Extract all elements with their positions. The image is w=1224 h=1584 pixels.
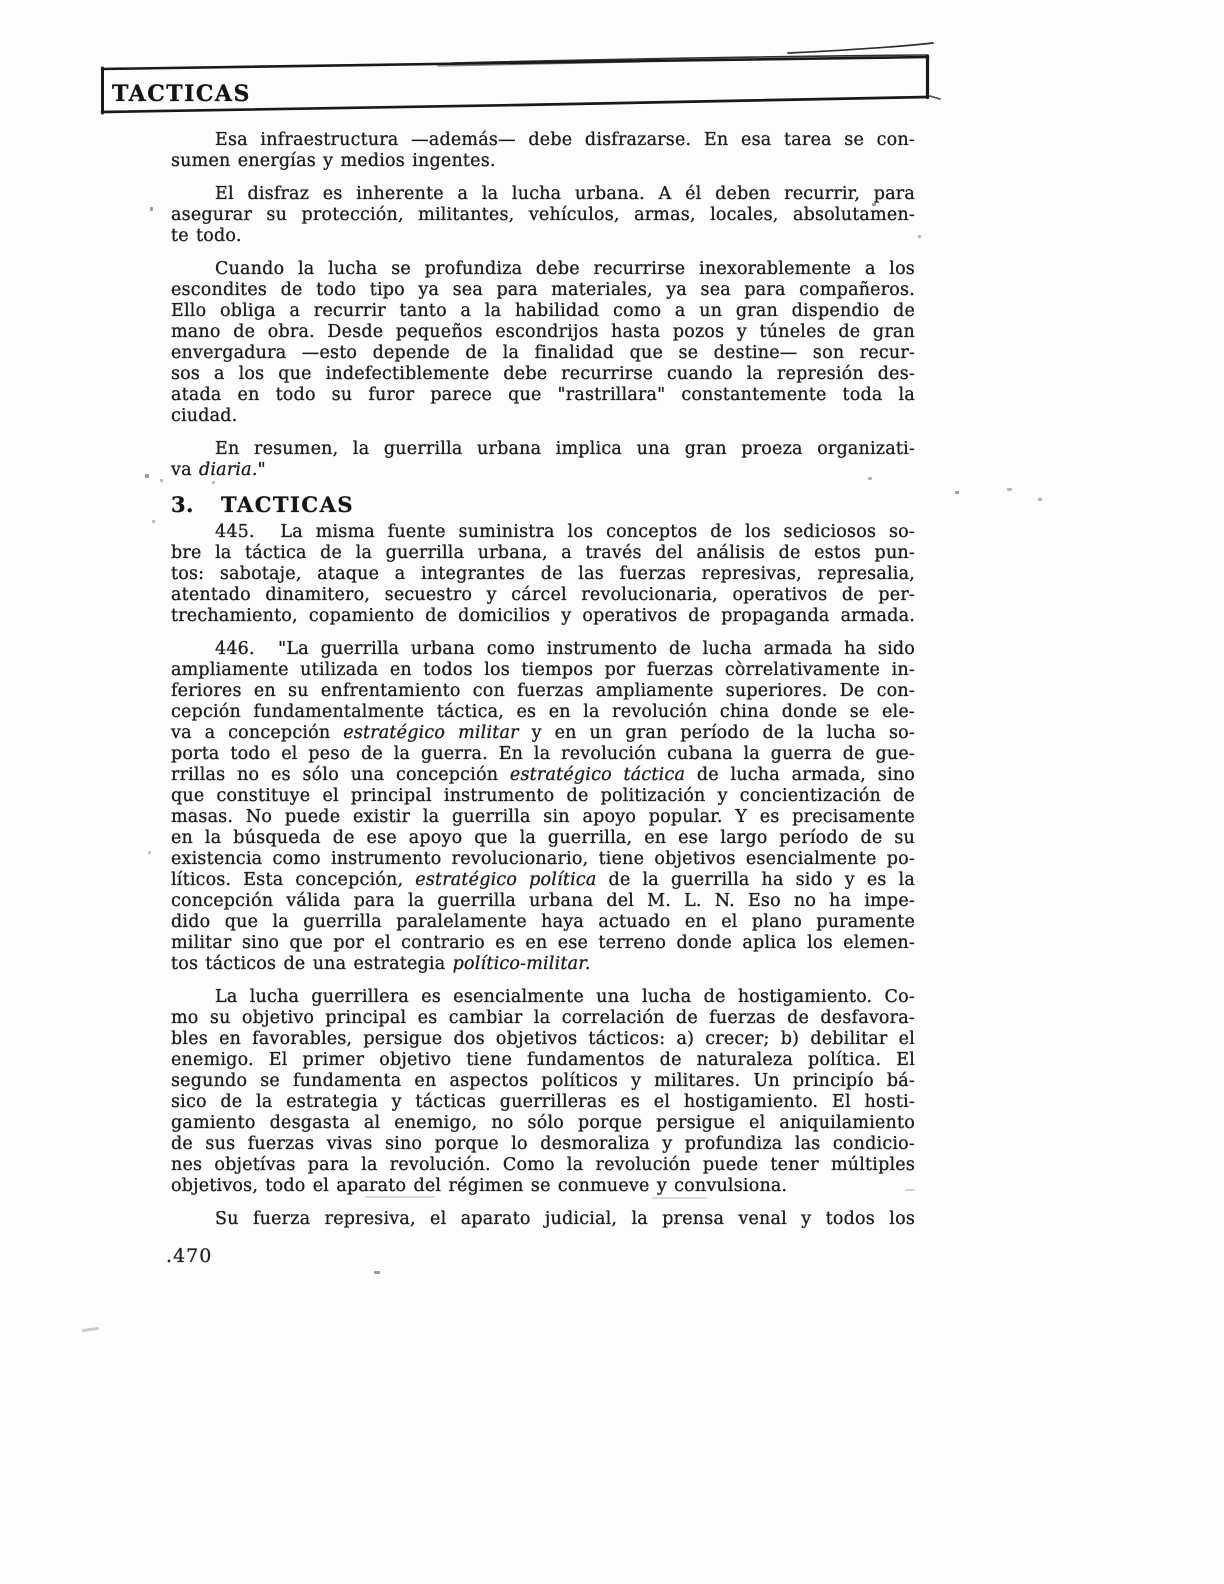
- paragraph: En resumen, la guerrilla urbana implica …: [171, 439, 915, 481]
- text-line: líticos. Esta concepción, estratégico po…: [171, 870, 915, 891]
- italic-text: diaria.": [199, 460, 266, 480]
- text-line: ampliamente utilizada en todos los tiemp…: [171, 660, 915, 681]
- page-header-title: TACTICAS: [112, 83, 251, 105]
- text-segment: La lucha guerrillera es esencialmente un…: [215, 987, 915, 1007]
- text-segment: de lucha armada, sino: [685, 765, 915, 785]
- text-segment: Su fuerza represiva, el aparato judicial…: [215, 1209, 915, 1229]
- text-segment: segundo se fundamenta en aspectos políti…: [171, 1071, 915, 1091]
- text-line: te todo.: [171, 226, 915, 247]
- text-segment: sico de la estrategia y tácticas guerril…: [171, 1092, 915, 1112]
- text-segment: envergadura —esto depende de la finalida…: [171, 343, 915, 363]
- text-segment: de sus fuerzas vivas sino porque lo desm…: [171, 1134, 915, 1154]
- scan-speck: [955, 491, 959, 494]
- text-line: va a concepción estratégico militar y en…: [171, 723, 915, 744]
- text-line: dido que la guerrilla paralelamente haya…: [171, 912, 915, 933]
- scan-speck: [145, 474, 149, 478]
- text-segment: Ello obliga a recurrir tanto a la habili…: [171, 301, 915, 321]
- text-line: Ello obliga a recurrir tanto a la habili…: [171, 301, 915, 322]
- text-segment: masas. No puede existir la guerrilla sin…: [171, 807, 915, 827]
- text-segment: El disfraz es inherente a la lucha urban…: [215, 184, 915, 204]
- text-segment: concepción válida para la guerrilla urba…: [171, 891, 915, 911]
- text-line: segundo se fundamenta en aspectos políti…: [171, 1071, 915, 1092]
- text-line: 446. "La guerrilla urbana como instrumen…: [171, 639, 915, 660]
- text-line: objetivos, todo el aparato del régimen s…: [171, 1176, 915, 1197]
- header-box-rules: [0, 0, 1224, 150]
- section-number: 3.: [171, 492, 194, 517]
- scan-speck: [1038, 498, 1042, 501]
- text-segment: te todo.: [171, 226, 242, 246]
- text-line: bles en favorables, persigue dos objetiv…: [171, 1029, 915, 1050]
- paragraph: 446. "La guerrilla urbana como instrumen…: [171, 639, 915, 975]
- text-line: masas. No puede existir la guerrilla sin…: [171, 807, 915, 828]
- scan-speck: [150, 207, 153, 211]
- text-line: enemigo. El primer objetivo tiene fundam…: [171, 1050, 915, 1071]
- text-segment: objetivos, todo el aparato del régimen s…: [171, 1176, 787, 1196]
- text-line: mo su objetivo principal es cambiar la c…: [171, 1008, 915, 1029]
- text-segment: atentado dinamitero, secuestro y cárcel …: [171, 585, 915, 605]
- section-heading: 3.TACTICAS: [171, 493, 915, 517]
- text-segment: ampliamente utilizada en todos los tiemp…: [171, 660, 915, 680]
- text-segment: va: [171, 460, 199, 480]
- paragraph: Su fuerza represiva, el aparato judicial…: [171, 1209, 915, 1230]
- scan-speck: [1007, 488, 1012, 491]
- text-segment: Cuando la lucha se profundiza debe recur…: [215, 259, 915, 279]
- text-segment: que constituye el principal instrumento …: [171, 786, 915, 806]
- text-line: concepción válida para la guerrilla urba…: [171, 891, 915, 912]
- text-line: feriores en su enfrentamiento con fuerza…: [171, 681, 915, 702]
- text-line: nes objetívas para la revolución. Como l…: [171, 1155, 915, 1176]
- text-segment: militar sino que por el contrario es en …: [171, 933, 915, 953]
- text-line: envergadura —esto depende de la finalida…: [171, 343, 915, 364]
- text-segment: trechamiento, copamiento de domicilios y…: [171, 606, 915, 626]
- text-line: Su fuerza represiva, el aparato judicial…: [171, 1209, 915, 1230]
- text-line: La lucha guerrillera es esencialmente un…: [171, 987, 915, 1008]
- scan-speck: [82, 1327, 99, 1332]
- italic-text: estratégico política: [415, 870, 596, 890]
- text-segment: nes objetívas para la revolución. Como l…: [171, 1155, 915, 1175]
- text-segment: 445. La misma fuente suministra los conc…: [215, 522, 915, 542]
- text-segment: gamiento desgasta al enemigo, no sólo po…: [171, 1113, 915, 1133]
- scan-speck: [872, 203, 876, 206]
- italic-text: estratégico militar: [343, 723, 518, 743]
- paragraph: La lucha guerrillera es esencialmente un…: [171, 987, 915, 1197]
- text-segment: porta todo el peso de la guerra. En la r…: [171, 744, 915, 764]
- italic-text: político-militar.: [453, 954, 591, 974]
- paragraph: El disfraz es inherente a la lucha urban…: [171, 184, 915, 247]
- text-line: 445. La misma fuente suministra los conc…: [171, 522, 915, 543]
- text-segment: ciudad.: [171, 406, 237, 426]
- text-segment: enemigo. El primer objetivo tiene fundam…: [171, 1050, 915, 1070]
- text-line: Cuando la lucha se profundiza debe recur…: [171, 259, 915, 280]
- scanned-page: TACTICAS Esa infraestructura —además— de…: [0, 0, 1224, 1584]
- text-segment: tos tácticos de una estrategia: [171, 954, 453, 974]
- text-line: porta todo el peso de la guerra. En la r…: [171, 744, 915, 765]
- text-line: mano de obra. Desde pequeños escondrijos…: [171, 322, 915, 343]
- text-line: escondites de todo tipo ya sea para mate…: [171, 280, 915, 301]
- text-line: bre la táctica de la guerrilla urbana, a…: [171, 543, 915, 564]
- text-line: En resumen, la guerrilla urbana implica …: [171, 439, 915, 460]
- text-segment: escondites de todo tipo ya sea para mate…: [171, 280, 915, 300]
- text-line: tos tácticos de una estrategia político-…: [171, 954, 915, 975]
- text-segment: Esa infraestructura —además— debe disfra…: [215, 130, 915, 150]
- text-segment: atada en todo su furor parece que "rastr…: [171, 385, 915, 405]
- text-line: atada en todo su furor parece que "rastr…: [171, 385, 915, 406]
- paragraph: Esa infraestructura —además— debe disfra…: [171, 130, 915, 172]
- scan-speck: [905, 1189, 915, 1191]
- text-segment: rrillas no es sólo una concepción: [171, 765, 510, 785]
- text-segment: dido que la guerrilla paralelamente haya…: [171, 912, 915, 932]
- scan-speck: [152, 520, 155, 523]
- text-line: existencia como instrumento revolucionar…: [171, 849, 915, 870]
- text-line: rrillas no es sólo una concepción estrat…: [171, 765, 915, 786]
- scan-speck: [374, 1271, 380, 1274]
- text-line: trechamiento, copamiento de domicilios y…: [171, 606, 915, 627]
- text-line: Esa infraestructura —además— debe disfra…: [171, 130, 915, 151]
- paragraph: 445. La misma fuente suministra los conc…: [171, 522, 915, 627]
- text-line: sico de la estrategia y tácticas guerril…: [171, 1092, 915, 1113]
- text-line: ciudad.: [171, 406, 915, 427]
- text-segment: mo su objetivo principal es cambiar la c…: [171, 1008, 915, 1028]
- scan-speck: [652, 1197, 707, 1199]
- section-title: TACTICAS: [221, 492, 354, 517]
- text-segment: sos a los que indefectiblemente debe rec…: [171, 364, 915, 384]
- text-segment: tos: sabotaje, ataque a integrantes de l…: [171, 564, 915, 584]
- text-line: va diaria.": [171, 460, 915, 481]
- paragraph: Cuando la lucha se profundiza debe recur…: [171, 259, 915, 427]
- text-segment: en la búsqueda de ese apoyo que la guerr…: [171, 828, 915, 848]
- text-segment: sumen energías y medios ingentes.: [171, 151, 496, 171]
- text-line: sumen energías y medios ingentes.: [171, 151, 915, 172]
- scan-speck: [212, 481, 215, 484]
- text-segment: cepción fundamentalmente táctica, es en …: [171, 702, 915, 722]
- text-segment: de la guerrilla ha sido y es la: [597, 870, 915, 890]
- text-segment: 446. "La guerrilla urbana como instrumen…: [215, 639, 915, 659]
- text-line: gamiento desgasta al enemigo, no sólo po…: [171, 1113, 915, 1134]
- text-line: atentado dinamitero, secuestro y cárcel …: [171, 585, 915, 606]
- text-line: sos a los que indefectiblemente debe rec…: [171, 364, 915, 385]
- text-segment: y en un gran período de la lucha so-: [519, 723, 915, 743]
- text-segment: En resumen, la guerrilla urbana implica …: [215, 439, 915, 459]
- scan-speck: [918, 235, 921, 238]
- text-line: de sus fuerzas vivas sino porque lo desm…: [171, 1134, 915, 1155]
- text-segment: bre la táctica de la guerrilla urbana, a…: [171, 543, 915, 563]
- text-line: asegurar su protección, militantes, vehí…: [171, 205, 915, 226]
- text-segment: feriores en su enfrentamiento con fuerza…: [171, 681, 915, 701]
- text-line: El disfraz es inherente a la lucha urban…: [171, 184, 915, 205]
- scan-speck: [160, 479, 163, 482]
- text-segment: líticos. Esta concepción,: [171, 870, 415, 890]
- text-segment: bles en favorables, persigue dos objetiv…: [171, 1029, 915, 1049]
- text-segment: asegurar su protección, militantes, vehí…: [171, 205, 915, 225]
- text-line: militar sino que por el contrario es en …: [171, 933, 915, 954]
- scan-speck: [148, 851, 151, 854]
- text-segment: mano de obra. Desde pequeños escondrijos…: [171, 322, 915, 342]
- scan-speck: [868, 477, 872, 480]
- scan-speck: [365, 1196, 435, 1198]
- text-line: cepción fundamentalmente táctica, es en …: [171, 702, 915, 723]
- text-line: que constituye el principal instrumento …: [171, 786, 915, 807]
- page-number: .470: [166, 1245, 212, 1267]
- text-segment: existencia como instrumento revolucionar…: [171, 849, 915, 869]
- text-line: tos: sabotaje, ataque a integrantes de l…: [171, 564, 915, 585]
- italic-text: estratégico táctica: [510, 765, 685, 785]
- text-column: Esa infraestructura —además— debe disfra…: [171, 130, 915, 1242]
- text-line: en la búsqueda de ese apoyo que la guerr…: [171, 828, 915, 849]
- text-segment: va a concepción: [171, 723, 343, 743]
